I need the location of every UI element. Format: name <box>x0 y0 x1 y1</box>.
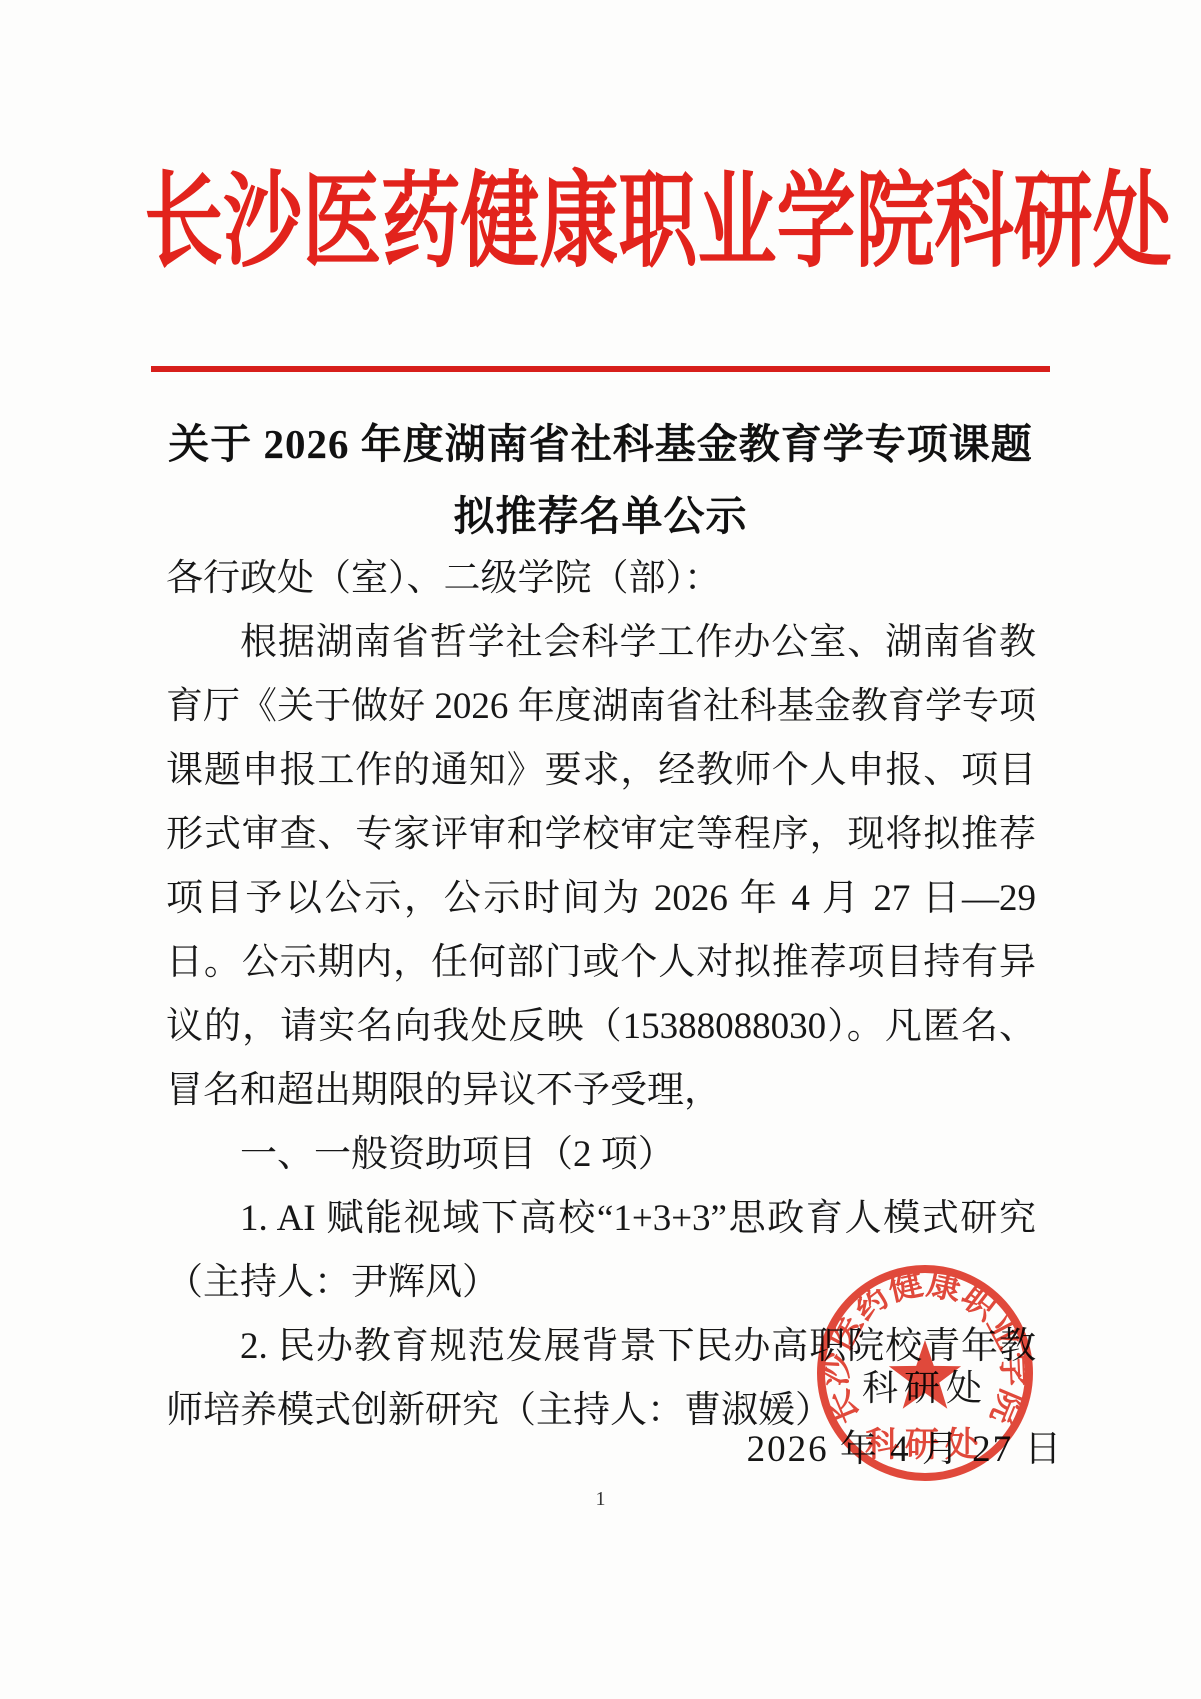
seal-bottom-text: 科研处 <box>865 1426 985 1464</box>
body-paragraph: 一、一般资助项目（2 项） <box>166 1123 1036 1187</box>
official-seal: 长沙医药健康职业学院 科研处 <box>803 1251 1047 1495</box>
document-title-line1: 关于 2026 年度湖南省社科基金教育学专项课题 <box>0 408 1201 480</box>
body-paragraph: 根据湖南省哲学社会科学工作办公室、湖南省教育厅《关于做好 2026 年度湖南省社… <box>166 611 1036 1123</box>
page-number: 1 <box>0 1488 1201 1511</box>
seal-star-icon <box>889 1340 961 1409</box>
document-page: 长沙医药健康职业学院科研处 关于 2026 年度湖南省社科基金教育学专项课题 拟… <box>0 0 1201 1699</box>
document-title-line2: 拟推荐名单公示 <box>0 480 1201 552</box>
header-divider-line <box>151 366 1050 372</box>
document-header-title: 长沙医药健康职业学院科研处 <box>144 158 1057 288</box>
document-title: 关于 2026 年度湖南省社科基金教育学专项课题 拟推荐名单公示 <box>0 408 1201 552</box>
body-paragraph: 各行政处（室）、二级学院（部）： <box>166 547 1036 611</box>
